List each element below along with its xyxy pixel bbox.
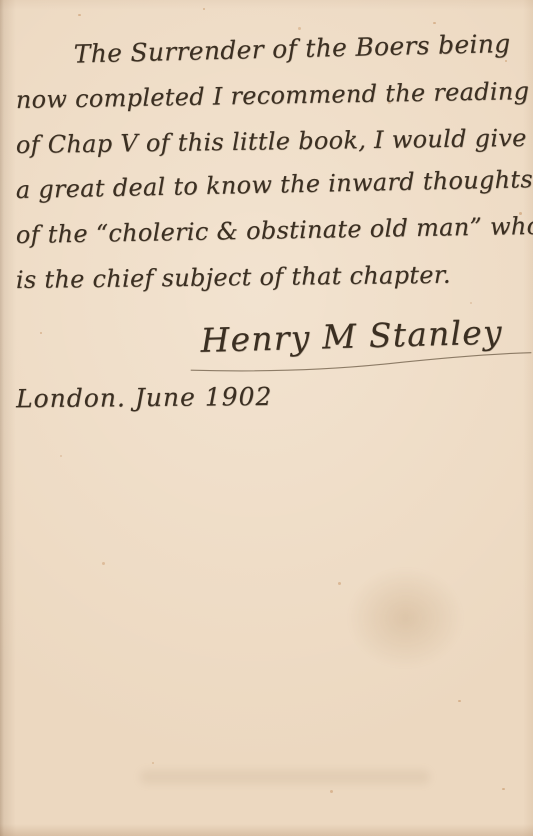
foxing-spot [298,27,301,30]
foxing-spot [102,562,105,565]
inscription-block: The Surrender of the Boers being now com… [16,42,519,411]
foxing-spot [388,102,391,104]
signature-row: Henry M Stanley [15,312,519,382]
foxing-spot [152,762,154,764]
foxing-spot [60,455,62,457]
foxing-spot [519,212,522,215]
foxing-spot [330,790,333,793]
dateline: London. June 1902 [16,380,519,413]
handwriting-line: of the “choleric & obstinate old man” wh… [16,213,520,267]
foxing-spot [338,582,341,585]
handwriting-line: is the chief subject of that chapter. [16,261,520,312]
foxing-spot [78,14,81,16]
foxing-spot [458,700,461,702]
manuscript-page: The Surrender of the Boers being now com… [0,0,533,836]
foxing-spot [40,332,42,334]
foxing-spot [203,8,205,10]
stain [348,568,463,668]
showthrough-smudge [140,770,430,784]
foxing-spot [470,302,472,304]
foxing-spot [433,22,436,24]
handwriting-line: now completed I recommend the reading [16,78,520,132]
foxing-spot [505,60,507,62]
foxing-spot [502,788,505,790]
